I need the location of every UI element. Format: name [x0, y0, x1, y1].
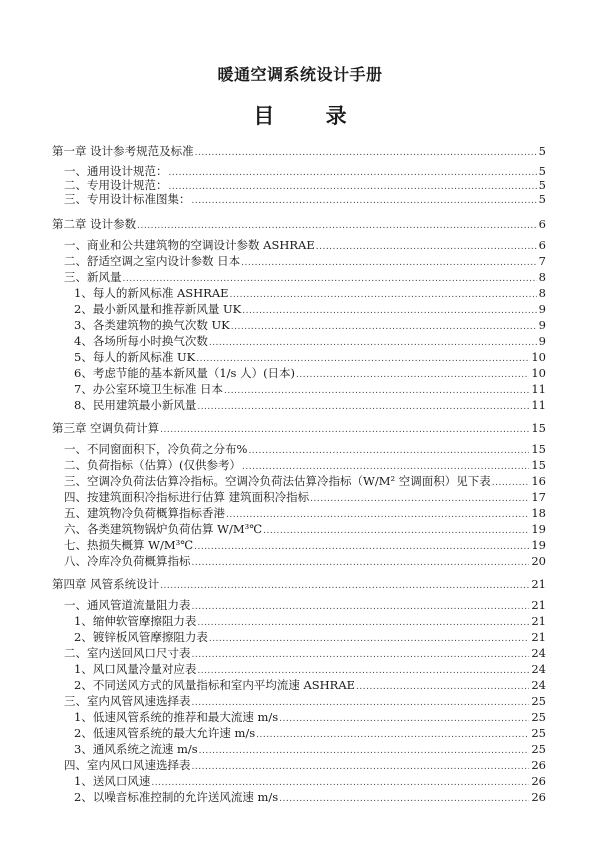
toc-page-number: 11	[529, 382, 546, 397]
toc-entry-line: 第一章 设计参考规范及标准5	[52, 144, 546, 161]
toc-entry-label: 2、不同送风方式的风量指标和室内平均流速 ASHRAE	[74, 678, 356, 693]
dot-leader	[279, 792, 529, 807]
toc-page-number: 9	[537, 334, 546, 349]
toc-entry-label: 7、办公室环境卫生标准 日本	[74, 382, 224, 397]
toc-entry[interactable]: 四、室内风口风速选择表26	[0, 758, 600, 773]
toc-entry-line: 六、各类建筑物锅炉负荷估算 W/M³℃19	[64, 522, 546, 539]
toc-entry-label: 一、商业和公共建筑物的空调设计参数 ASHRAE	[64, 238, 316, 253]
toc-entry-label: 一、不同窗面积下，冷负荷之分布%	[64, 442, 248, 457]
toc-page-number: 25	[529, 742, 546, 757]
dot-leader	[230, 288, 537, 303]
dot-leader	[209, 336, 537, 351]
toc-entry[interactable]: 2、以噪音标准控制的允许送风流速 m/s26	[0, 790, 600, 805]
toc-entry-label: 2、最小新风量和推荐新风量 UK	[74, 302, 242, 317]
toc-page-number: 15	[529, 442, 546, 457]
toc-page-number: 18	[529, 506, 546, 521]
dot-leader	[226, 508, 529, 523]
toc-page-number: 21	[529, 577, 546, 592]
dot-leader	[197, 400, 529, 415]
dot-leader	[316, 240, 537, 255]
toc-entry[interactable]: 2、不同送风方式的风量指标和室内平均流速 ASHRAE24	[0, 678, 600, 693]
toc-page-number: 21	[529, 630, 546, 645]
toc-entry-line: 2、最小新风量和推荐新风量 UK9	[74, 302, 546, 319]
dot-leader	[197, 664, 529, 679]
dot-leader	[199, 744, 530, 759]
toc-entry[interactable]: 1、每人的新风标准 ASHRAE8	[0, 286, 600, 301]
toc-entry[interactable]: 三、空调冷负荷法估算冷指标。空调冷负荷法估算冷指标（W/M² 空调面积）见下表1…	[0, 474, 600, 489]
toc-entry-label: 六、各类建筑物锅炉负荷估算 W/M³℃	[64, 522, 263, 537]
toc-entry-line: 1、风口风量冷量对应表24	[74, 662, 546, 679]
toc-page-number: 6	[537, 238, 546, 253]
toc-page-number: 26	[529, 790, 546, 805]
toc-page-number: 9	[537, 318, 546, 333]
dot-leader	[160, 579, 529, 594]
dot-leader	[160, 423, 529, 438]
dot-leader	[296, 368, 529, 383]
toc-entry[interactable]: 八、冷库冷负荷概算指标20	[0, 554, 600, 569]
toc-entry[interactable]: 五、建筑物冷负荷概算指标香港18	[0, 506, 600, 521]
toc-heading: 目 录	[0, 100, 600, 130]
toc-entry-label: 三、室内风管风速选择表	[64, 694, 192, 709]
toc-entry-line: 二、舒适空调之室内设计参数 日本7	[64, 254, 546, 271]
toc-entry-line: 三、新风量8	[64, 270, 546, 287]
toc-chapter-entry[interactable]: 第四章 风管系统设计21	[0, 577, 600, 592]
toc-entry[interactable]: 2、低速风管系统的最大允许速 m/s25	[0, 726, 600, 741]
toc-entry[interactable]: 二、专用设计规范：5	[0, 178, 600, 193]
toc-entry-label: 四、室内风口风速选择表	[64, 758, 192, 773]
toc-chapter-entry[interactable]: 第三章 空调负荷计算15	[0, 421, 600, 436]
document-title: 暖通空调系统设计手册	[0, 62, 600, 85]
toc-entry-line: 2、镀锌板风管摩擦阻力表21	[74, 630, 546, 647]
toc-page-number: 24	[529, 678, 546, 693]
dot-leader	[196, 352, 529, 367]
toc-entry-label: 1、缩伸软管摩擦阻力表	[74, 614, 197, 629]
toc-entry-label: 三、空调冷负荷法估算冷指标。空调冷负荷法估算冷指标（W/M² 空调面积）见下表	[64, 474, 492, 489]
toc-page-number: 5	[537, 164, 546, 179]
dot-leader	[356, 680, 529, 695]
toc-page-number: 8	[537, 270, 546, 285]
toc-entry[interactable]: 六、各类建筑物锅炉负荷估算 W/M³℃19	[0, 522, 600, 537]
toc-entry-line: 三、专用设计标准图集：5	[64, 192, 546, 209]
toc-entry[interactable]: 1、送风口风速26	[0, 774, 600, 789]
toc-entry[interactable]: 一、商业和公共建筑物的空调设计参数 ASHRAE6	[0, 238, 600, 253]
toc-page-number: 25	[529, 710, 546, 725]
toc-page-number: 26	[529, 758, 546, 773]
toc-entry[interactable]: 二、负荷指标（估算）(仅供参考）15	[0, 458, 600, 473]
toc-entry[interactable]: 2、镀锌板风管摩擦阻力表21	[0, 630, 600, 645]
toc-entry-label: 二、负荷指标（估算）(仅供参考）	[64, 458, 242, 473]
toc-entry[interactable]: 2、最小新风量和推荐新风量 UK9	[0, 302, 600, 317]
toc-entry-label: 4、各场所每小时换气次数	[74, 334, 209, 349]
toc-entry-line: 八、冷库冷负荷概算指标20	[64, 554, 546, 571]
toc-page-number: 5	[537, 178, 546, 193]
toc-entry-line: 8、民用建筑最小新风量11	[74, 398, 546, 415]
toc-entry-line: 五、建筑物冷负荷概算指标香港18	[64, 506, 546, 523]
dot-leader	[192, 194, 537, 209]
toc-entry-line: 三、室内风管风速选择表25	[64, 694, 546, 711]
toc-entry-label: 二、室内送回风口尺寸表	[64, 646, 192, 661]
toc-entry-label: 二、舒适空调之室内设计参数 日本	[64, 254, 241, 269]
toc-chapter-entry[interactable]: 第二章 设计参数6	[0, 217, 600, 232]
toc-entry-label: 1、送风口风速	[74, 774, 151, 789]
dot-leader	[209, 632, 530, 647]
dot-leader	[492, 476, 530, 491]
toc-page-number: 17	[529, 490, 546, 505]
toc-page-number: 19	[529, 538, 546, 553]
toc-entry-line: 七、热损失概算 W/M³℃19	[64, 538, 546, 555]
dot-leader	[192, 556, 530, 571]
toc-entry-line: 1、送风口风速26	[74, 774, 546, 791]
toc-page-number: 16	[529, 474, 546, 489]
toc-entry[interactable]: 1、低速风管系统的推荐和最大流速 m/s25	[0, 710, 600, 725]
toc-entry-line: 一、通风管道流量阻力表21	[64, 598, 546, 615]
toc-page-number: 6	[537, 217, 546, 232]
toc-entry[interactable]: 6、考虑节能的基本新风量（1/s 人）(日本)10	[0, 366, 600, 381]
toc-entry-line: 6、考虑节能的基本新风量（1/s 人）(日本)10	[74, 366, 546, 383]
toc-entry-line: 第二章 设计参数6	[52, 217, 546, 234]
toc-page-number: 10	[529, 366, 546, 381]
dot-leader	[231, 320, 537, 335]
toc-entry[interactable]: 二、舒适空调之室内设计参数 日本7	[0, 254, 600, 269]
toc-entry-label: 3、各类建筑物的换气次数 UK	[74, 318, 231, 333]
toc-entry-line: 2、以噪音标准控制的允许送风流速 m/s26	[74, 790, 546, 807]
toc-entry-label: 第三章 空调负荷计算	[52, 421, 160, 436]
toc-entry[interactable]: 三、室内风管风速选择表25	[0, 694, 600, 709]
toc-entry-line: 1、每人的新风标准 ASHRAE8	[74, 286, 546, 303]
toc-page-number: 5	[537, 192, 546, 207]
toc-entry-label: 3、通风系统之流速 m/s	[74, 742, 199, 757]
toc-entry-label: 6、考虑节能的基本新风量（1/s 人）(日本)	[74, 366, 296, 381]
dot-leader	[194, 540, 529, 555]
toc-entry[interactable]: 5、每人的新风标准 UK10	[0, 350, 600, 365]
toc-entry[interactable]: 四、按建筑面积冷指标进行估算 建筑面积冷指标17	[0, 490, 600, 505]
dot-leader	[197, 616, 529, 631]
toc-page-number: 9	[537, 302, 546, 317]
toc-entry-label: 2、镀锌板风管摩擦阻力表	[74, 630, 209, 645]
toc-entry-line: 2、低速风管系统的最大允许速 m/s25	[74, 726, 546, 743]
toc-page-number: 24	[529, 662, 546, 677]
toc-entry[interactable]: 7、办公室环境卫生标准 日本11	[0, 382, 600, 397]
toc-entry-label: 八、冷库冷负荷概算指标	[64, 554, 192, 569]
toc-entry-line: 7、办公室环境卫生标准 日本11	[74, 382, 546, 399]
toc-entry-label: 2、以噪音标准控制的允许送风流速 m/s	[74, 790, 279, 805]
toc-entry-label: 七、热损失概算 W/M³℃	[64, 538, 194, 553]
toc-entry-line: 三、空调冷负荷法估算冷指标。空调冷负荷法估算冷指标（W/M² 空调面积）见下表1…	[64, 474, 546, 491]
toc-page-number: 24	[529, 646, 546, 661]
toc-entry-line: 2、不同送风方式的风量指标和室内平均流速 ASHRAE24	[74, 678, 546, 695]
toc-entry-label: 2、低速风管系统的最大允许速 m/s	[74, 726, 256, 741]
dot-leader	[263, 524, 529, 539]
dot-leader	[192, 696, 530, 711]
toc-entry-line: 四、室内风口风速选择表26	[64, 758, 546, 775]
toc-entry-label: 三、新风量	[64, 270, 123, 285]
toc-entry[interactable]: 一、通用设计规范：5	[0, 164, 600, 179]
dot-leader	[279, 712, 529, 727]
toc-entry-line: 一、商业和公共建筑物的空调设计参数 ASHRAE6	[64, 238, 546, 255]
toc-entry-label: 第一章 设计参考规范及标准	[52, 144, 195, 159]
toc-page-number: 7	[537, 254, 546, 269]
toc-entry[interactable]: 一、通风管道流量阻力表21	[0, 598, 600, 613]
toc-entry-line: 3、通风系统之流速 m/s25	[74, 742, 546, 759]
toc-entry-label: 1、每人的新风标准 ASHRAE	[74, 286, 230, 301]
toc-page-number: 21	[529, 598, 546, 613]
toc-page-number: 8	[537, 286, 546, 301]
toc-entry-line: 3、各类建筑物的换气次数 UK9	[74, 318, 546, 335]
toc-page-number: 11	[529, 398, 546, 413]
dot-leader	[192, 760, 530, 775]
toc-entry[interactable]: 3、通风系统之流速 m/s25	[0, 742, 600, 757]
toc-entry-line: 1、低速风管系统的推荐和最大流速 m/s25	[74, 710, 546, 727]
toc-entry[interactable]: 3、各类建筑物的换气次数 UK9	[0, 318, 600, 333]
toc-entry-label: 一、通用设计规范：	[64, 164, 169, 179]
toc-entry-label: 四、按建筑面积冷指标进行估算 建筑面积冷指标	[64, 490, 310, 505]
dot-leader	[151, 776, 529, 791]
toc-page-number: 10	[529, 350, 546, 365]
toc-entry-line: 二、室内送回风口尺寸表24	[64, 646, 546, 663]
toc-page-number: 20	[529, 554, 546, 569]
toc-page-number: 26	[529, 774, 546, 789]
toc-page-number: 25	[529, 694, 546, 709]
toc-entry-label: 第二章 设计参数	[52, 217, 137, 232]
toc-page-number: 15	[529, 421, 546, 436]
dot-leader	[123, 272, 537, 287]
toc-entry[interactable]: 1、风口风量冷量对应表24	[0, 662, 600, 677]
toc-entry-label: 一、通风管道流量阻力表	[64, 598, 192, 613]
dot-leader	[248, 444, 529, 459]
toc-entry[interactable]: 三、新风量8	[0, 270, 600, 285]
toc-entry[interactable]: 一、不同窗面积下，冷负荷之分布%15	[0, 442, 600, 457]
toc-entry-line: 第三章 空调负荷计算15	[52, 421, 546, 438]
toc-entry-line: 5、每人的新风标准 UK10	[74, 350, 546, 367]
toc-chapter-entry[interactable]: 第一章 设计参考规范及标准5	[0, 144, 600, 159]
toc-entry[interactable]: 二、室内送回风口尺寸表24	[0, 646, 600, 661]
toc-entry[interactable]: 三、专用设计标准图集：5	[0, 192, 600, 207]
toc-entry[interactable]: 4、各场所每小时换气次数9	[0, 334, 600, 349]
toc-entry[interactable]: 七、热损失概算 W/M³℃19	[0, 538, 600, 553]
dot-leader	[137, 219, 537, 234]
dot-leader	[241, 256, 537, 271]
toc-page-number: 19	[529, 522, 546, 537]
toc-entry-line: 四、按建筑面积冷指标进行估算 建筑面积冷指标17	[64, 490, 546, 507]
toc-entry-label: 5、每人的新风标准 UK	[74, 350, 196, 365]
toc-entry-label: 三、专用设计标准图集：	[64, 192, 192, 207]
dot-leader	[224, 384, 529, 399]
dot-leader	[242, 460, 529, 475]
toc-entry-line: 一、不同窗面积下，冷负荷之分布%15	[64, 442, 546, 459]
toc-entry[interactable]: 1、缩伸软管摩擦阻力表21	[0, 614, 600, 629]
dot-leader	[195, 146, 537, 161]
dot-leader	[192, 648, 530, 663]
toc-entry-line: 第四章 风管系统设计21	[52, 577, 546, 594]
toc-page-number: 25	[529, 726, 546, 741]
toc-page-number: 15	[529, 458, 546, 473]
toc-page-number: 5	[537, 144, 546, 159]
dot-leader	[192, 600, 530, 615]
toc-entry[interactable]: 8、民用建筑最小新风量11	[0, 398, 600, 413]
toc-entry-line: 4、各场所每小时换气次数9	[74, 334, 546, 351]
dot-leader	[256, 728, 529, 743]
toc-entry-label: 1、低速风管系统的推荐和最大流速 m/s	[74, 710, 279, 725]
dot-leader	[310, 492, 529, 507]
toc-entry-label: 1、风口风量冷量对应表	[74, 662, 197, 677]
dot-leader	[242, 304, 536, 319]
toc-entry-line: 二、负荷指标（估算）(仅供参考）15	[64, 458, 546, 475]
toc-entry-label: 8、民用建筑最小新风量	[74, 398, 197, 413]
toc-entry-label: 二、专用设计规范：	[64, 178, 169, 193]
toc-entry-label: 第四章 风管系统设计	[52, 577, 160, 592]
toc-page-number: 21	[529, 614, 546, 629]
toc-entry-line: 1、缩伸软管摩擦阻力表21	[74, 614, 546, 631]
toc-entry-label: 五、建筑物冷负荷概算指标香港	[64, 506, 226, 521]
